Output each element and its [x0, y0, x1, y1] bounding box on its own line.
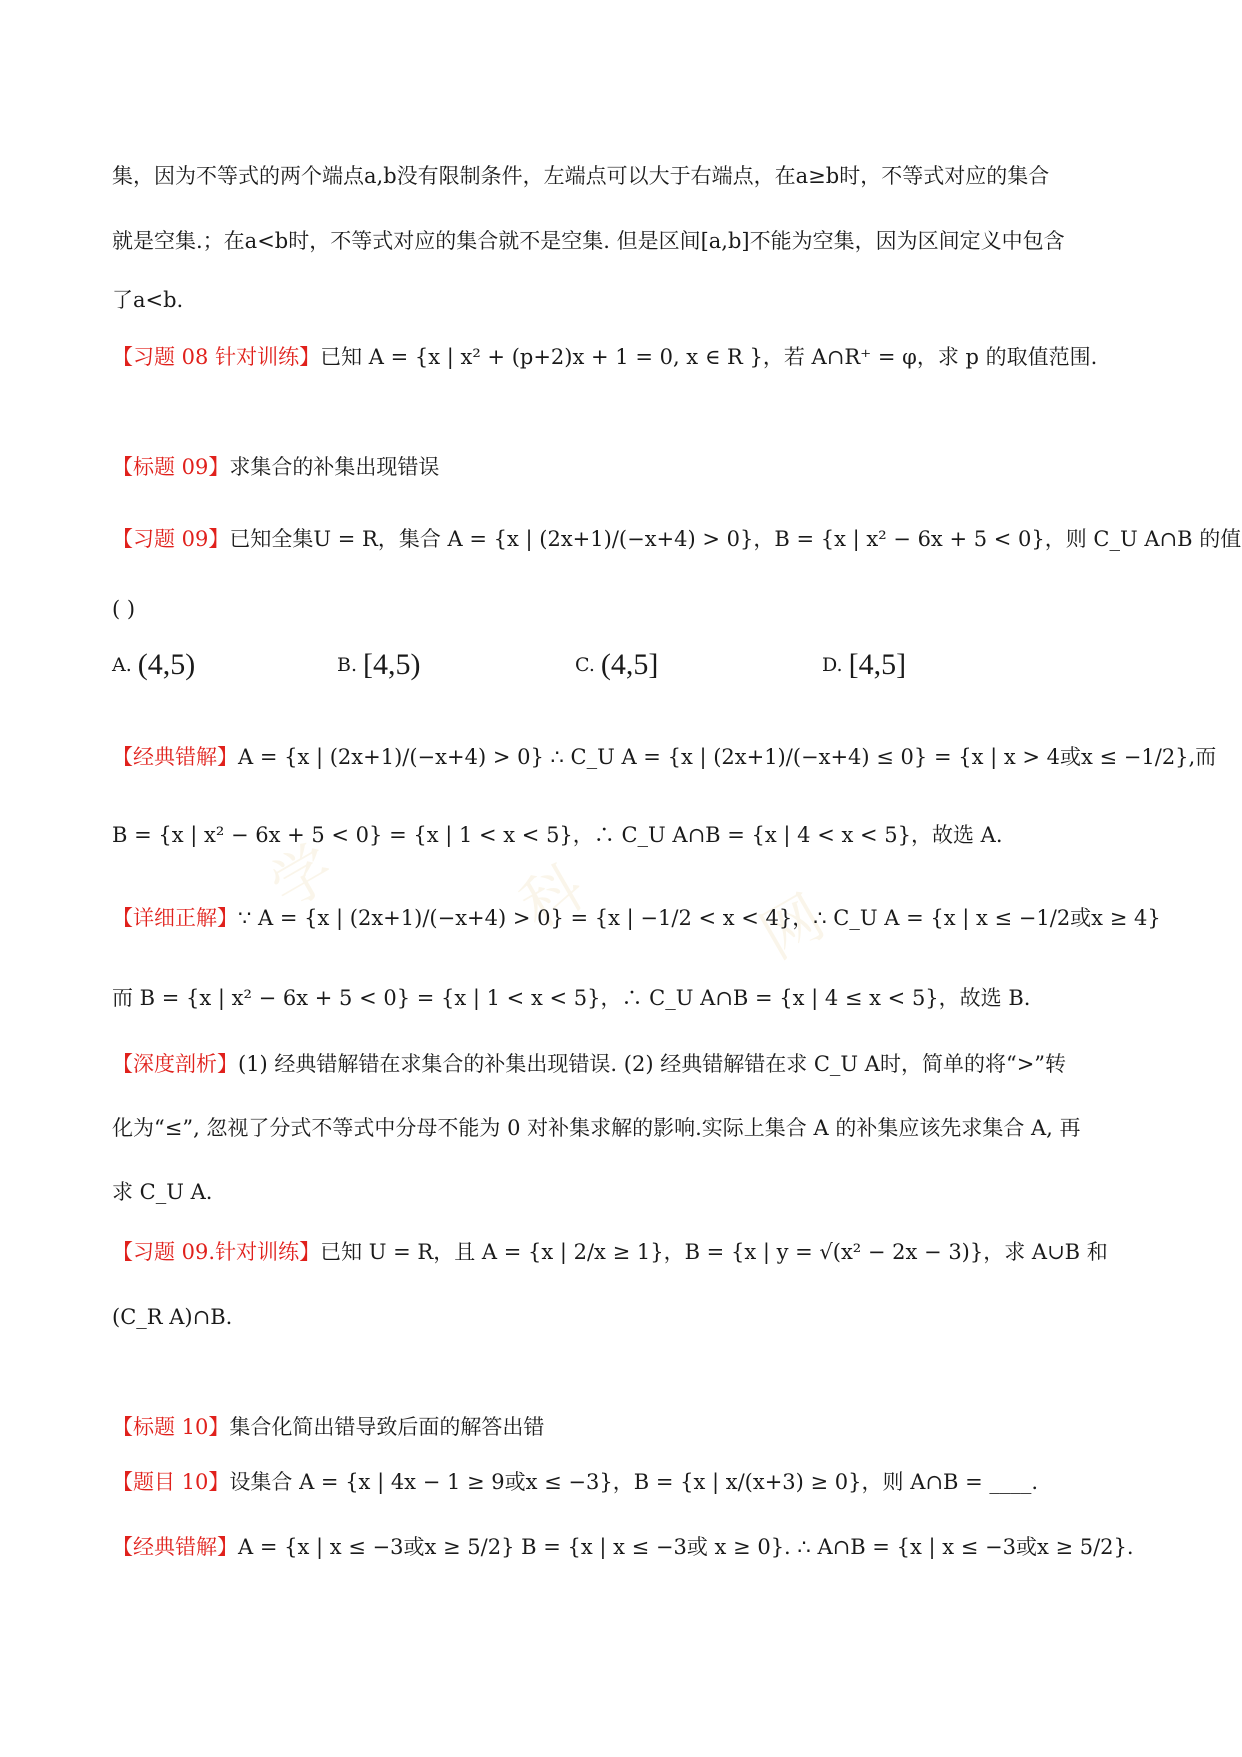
- exercise-09-blank: ( ): [112, 594, 1142, 624]
- paragraph-text: 就是空集.；在a<b时，不等式对应的集合就不是空集. 但是区间[a,b]不能为空…: [112, 226, 1065, 256]
- classic-wrong-10: 【经典错解】 A = {x | x ≤ −3或x ≥ 5/2} B = {x |…: [112, 1532, 1142, 1562]
- exercise-09-practice-line-1: 【习题 09.针对训练】 已知 U = R，且 A = {x | 2/x ≥ 1…: [112, 1237, 1142, 1267]
- option-value: [4,5): [363, 648, 420, 682]
- option-label: A.: [112, 654, 132, 676]
- title-10-tag: 【标题 10】: [112, 1412, 229, 1442]
- classic-wrong-09-text: A = {x | (2x+1)/(−x+4) > 0} ∴ C_U A = {x…: [238, 742, 1216, 772]
- classic-wrong-09-line-1: 【经典错解】 A = {x | (2x+1)/(−x+4) > 0} ∴ C_U…: [112, 742, 1142, 772]
- option-a: A. (4,5): [112, 648, 195, 682]
- correct-09-tag: 【详细正解】: [112, 903, 238, 933]
- paragraph-line-3: 了a<b.: [112, 285, 1142, 315]
- document-page: 学 科 网 集，因为不等式的两个端点a,b没有限制条件，左端点可以大于右端点，在…: [0, 0, 1242, 1757]
- classic-wrong-09-line-2: B = {x | x² − 6x + 5 < 0} = {x | 1 < x <…: [112, 820, 1142, 850]
- analysis-09-line-1: 【深度剖析】 (1) 经典错解错在求集合的补集出现错误. (2) 经典错解错在求…: [112, 1049, 1142, 1079]
- correct-09-text: 而 B = {x | x² − 6x + 5 < 0} = {x | 1 < x…: [112, 983, 1030, 1013]
- classic-wrong-09-text: B = {x | x² − 6x + 5 < 0} = {x | 1 < x <…: [112, 820, 1003, 850]
- exercise-09-practice-text: 已知 U = R，且 A = {x | 2/x ≥ 1}，B = {x | y …: [320, 1237, 1108, 1267]
- exercise-08-text: 已知 A = {x | x² + (p+2)x + 1 = 0, x ∈ R }…: [320, 342, 1097, 372]
- correct-09-text: ∵ A = {x | (2x+1)/(−x+4) > 0} = {x | −1/…: [238, 903, 1161, 933]
- option-value: [4,5]: [849, 648, 906, 682]
- paragraph-line-2: 就是空集.；在a<b时，不等式对应的集合就不是空集. 但是区间[a,b]不能为空…: [112, 226, 1142, 256]
- option-label: C.: [575, 654, 595, 676]
- option-b: B. [4,5): [337, 648, 421, 682]
- analysis-09-tag: 【深度剖析】: [112, 1049, 238, 1079]
- classic-wrong-10-text: A = {x | x ≤ −3或x ≥ 5/2} B = {x | x ≤ −3…: [238, 1532, 1134, 1562]
- analysis-09-text: (1) 经典错解错在求集合的补集出现错误. (2) 经典错解错在求 C_U A时…: [238, 1049, 1066, 1079]
- classic-wrong-10-tag: 【经典错解】: [112, 1532, 238, 1562]
- correct-09-line-1: 【详细正解】 ∵ A = {x | (2x+1)/(−x+4) > 0} = {…: [112, 903, 1142, 933]
- exercise-09-practice-text: (C_R A)∩B.: [112, 1302, 232, 1332]
- problem-10: 【题目 10】 设集合 A = {x | 4x − 1 ≥ 9或x ≤ −3}，…: [112, 1467, 1142, 1497]
- exercise-08: 【习题 08 针对训练】 已知 A = {x | x² + (p+2)x + 1…: [112, 342, 1142, 372]
- title-09-text: 求集合的补集出现错误: [229, 452, 439, 482]
- analysis-09-line-2: 化为“≤”, 忽视了分式不等式中分母不能为 0 对补集求解的影响.实际上集合 A…: [112, 1113, 1142, 1143]
- problem-10-tag: 【题目 10】: [112, 1467, 229, 1497]
- title-09-tag: 【标题 09】: [112, 452, 229, 482]
- exercise-09-practice-line-2: (C_R A)∩B.: [112, 1302, 1142, 1332]
- title-10-text: 集合化简出错导致后面的解答出错: [229, 1412, 544, 1442]
- exercise-09-tag: 【习题 09】: [112, 524, 229, 554]
- exercise-08-tag: 【习题 08 针对训练】: [112, 342, 320, 372]
- answer-blank: ( ): [112, 594, 135, 624]
- correct-09-line-2: 而 B = {x | x² − 6x + 5 < 0} = {x | 1 < x…: [112, 983, 1142, 1013]
- problem-10-text: 设集合 A = {x | 4x − 1 ≥ 9或x ≤ −3}，B = {x |…: [229, 1467, 1038, 1497]
- option-value: (4,5): [138, 648, 195, 682]
- option-label: D.: [822, 654, 843, 676]
- analysis-09-text: 化为“≤”, 忽视了分式不等式中分母不能为 0 对补集求解的影响.实际上集合 A…: [112, 1113, 1081, 1143]
- exercise-09: 【习题 09】 已知全集U = R，集合 A = {x | (2x+1)/(−x…: [112, 524, 1142, 554]
- analysis-09-line-3: 求 C_U A.: [112, 1177, 1142, 1207]
- exercise-09-text: 已知全集U = R，集合 A = {x | (2x+1)/(−x+4) > 0}…: [229, 524, 1242, 554]
- title-09: 【标题 09】 求集合的补集出现错误: [112, 452, 1142, 482]
- option-label: B.: [337, 654, 357, 676]
- paragraph-text: 集，因为不等式的两个端点a,b没有限制条件，左端点可以大于右端点，在a≥b时，不…: [112, 161, 1049, 191]
- classic-wrong-09-tag: 【经典错解】: [112, 742, 238, 772]
- option-d: D. [4,5]: [822, 648, 906, 682]
- paragraph-text: 了a<b.: [112, 285, 183, 315]
- analysis-09-text: 求 C_U A.: [112, 1177, 212, 1207]
- paragraph-line-1: 集，因为不等式的两个端点a,b没有限制条件，左端点可以大于右端点，在a≥b时，不…: [112, 161, 1142, 191]
- title-10: 【标题 10】 集合化简出错导致后面的解答出错: [112, 1412, 1142, 1442]
- option-value: (4,5]: [601, 648, 658, 682]
- option-c: C. (4,5]: [575, 648, 658, 682]
- exercise-09-practice-tag: 【习题 09.针对训练】: [112, 1237, 320, 1267]
